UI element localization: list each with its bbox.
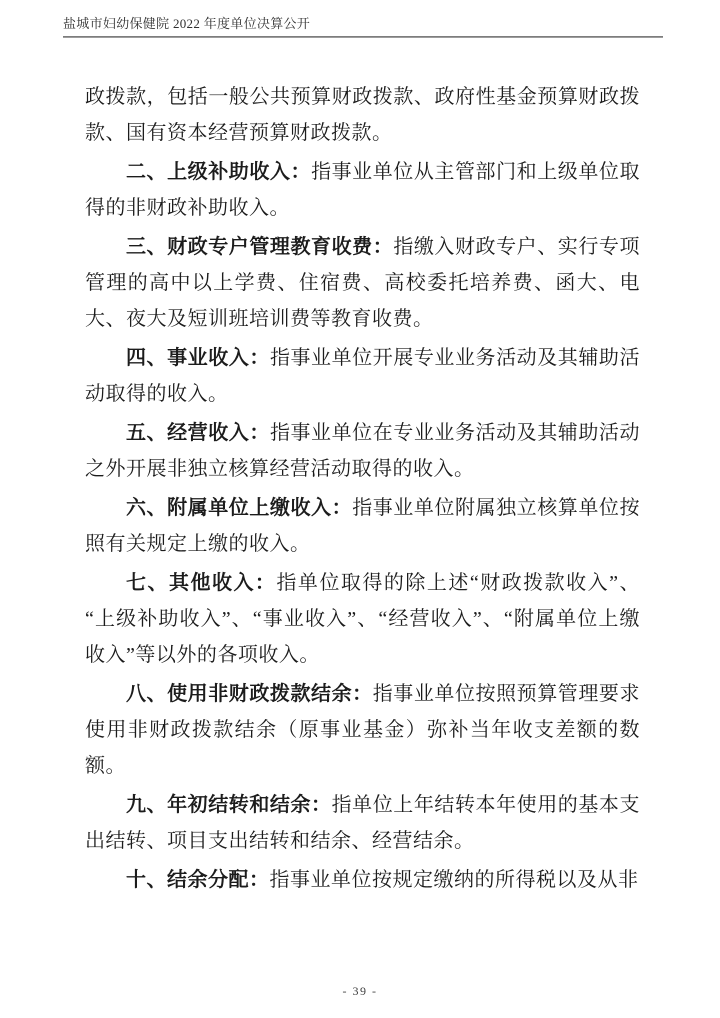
paragraph-10-text: 指事业单位按规定缴纳的所得税以及从非 <box>270 869 639 891</box>
paragraph-9: 九、年初结转和结余：指单位上年结转本年使用的基本支出结转、项目支出结转和结余、经… <box>85 787 640 859</box>
paragraph-10: 十、结余分配：指事业单位按规定缴纳的所得税以及从非 <box>85 862 640 898</box>
paragraph-7: 七、其他收入：指单位取得的除上述“财政拨款收入”、“上级补助收入”、“事业收入”… <box>85 565 640 673</box>
paragraph-5-lead: 五、经营收入： <box>126 422 270 444</box>
paragraph-8: 八、使用非财政拨款结余：指事业单位按照预算管理要求使用非财政拨款结余（原事业基金… <box>85 676 640 784</box>
paragraph-5: 五、经营收入：指事业单位在专业业务活动及其辅助活动之外开展非独立核算经营活动取得… <box>85 415 640 487</box>
page-header: 盐城市妇幼保健院 2022 年度单位决算公开 <box>63 15 663 38</box>
paragraph-7-lead: 七、其他收入： <box>126 572 276 594</box>
paragraph-1-text: 政拨款，包括一般公共预算财政拨款、政府性基金预算财政拨款、国有资本经营预算财政拨… <box>85 86 640 144</box>
header-title: 盐城市妇幼保健院 2022 年度单位决算公开 <box>63 15 663 32</box>
header-rule <box>63 36 663 38</box>
paragraph-6: 六、附属单位上缴收入：指事业单位附属独立核算单位按照有关规定上缴的收入。 <box>85 490 640 562</box>
paragraph-2: 二、上级补助收入：指事业单位从主管部门和上级单位取得的非财政补助收入。 <box>85 154 640 226</box>
document-body: 政拨款，包括一般公共预算财政拨款、政府性基金预算财政拨款、国有资本经营预算财政拨… <box>85 79 640 901</box>
paragraph-4: 四、事业收入：指事业单位开展专业业务活动及其辅助活动取得的收入。 <box>85 340 640 412</box>
paragraph-10-lead: 十、结余分配： <box>126 869 270 891</box>
paragraph-2-lead: 二、上级补助收入： <box>126 161 311 183</box>
page-number: - 39 - <box>343 984 378 998</box>
paragraph-1: 政拨款，包括一般公共预算财政拨款、政府性基金预算财政拨款、国有资本经营预算财政拨… <box>85 79 640 151</box>
document-page: 盐城市妇幼保健院 2022 年度单位决算公开 政拨款，包括一般公共预算财政拨款、… <box>0 0 720 1018</box>
paragraph-9-lead: 九、年初结转和结余： <box>126 794 332 816</box>
page-footer: - 39 - <box>0 982 720 1000</box>
paragraph-8-lead: 八、使用非财政拨款结余： <box>126 683 373 705</box>
paragraph-6-lead: 六、附属单位上缴收入： <box>126 497 352 519</box>
paragraph-3-lead: 三、财政专户管理教育收费： <box>126 236 393 258</box>
paragraph-4-lead: 四、事业收入： <box>126 347 270 369</box>
paragraph-3: 三、财政专户管理教育收费：指缴入财政专户、实行专项管理的高中以上学费、住宿费、高… <box>85 229 640 337</box>
